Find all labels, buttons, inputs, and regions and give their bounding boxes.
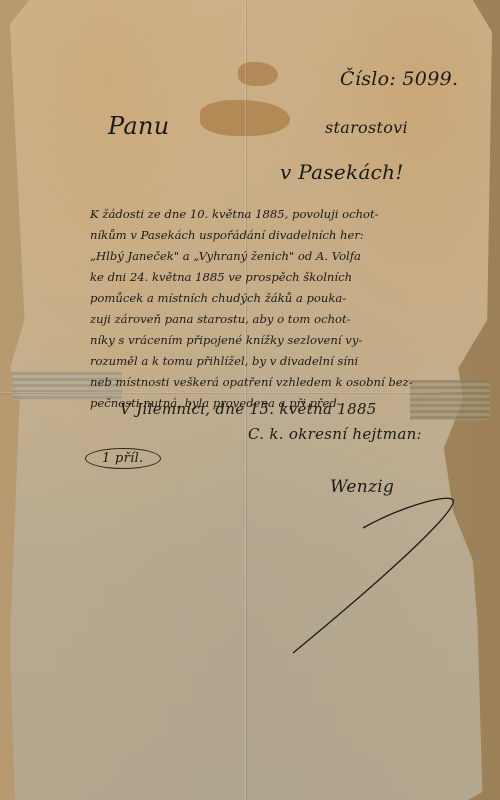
body-line: ke dni 24. května 1885 ve prospěch školn… bbox=[90, 267, 495, 288]
place-and-date: V Jilemnici, dne 15. května 1885 bbox=[120, 400, 377, 418]
body-line: zuji zároveň pana starostu, aby o tom oc… bbox=[90, 309, 495, 330]
letter-body: K žádosti ze dne 10. května 1885, povolu… bbox=[90, 204, 495, 414]
body-line: níkům v Pasekách uspořádání divadelních … bbox=[90, 225, 495, 246]
signature-flourish-icon bbox=[288, 488, 488, 658]
issuer-title: C. k. okresní hejtman: bbox=[248, 425, 422, 443]
body-line: níky s vrácením připojené knížky sezlove… bbox=[90, 330, 495, 351]
salutation-line-3: v Pasekách! bbox=[280, 160, 404, 184]
body-line: neb místnosti veškerá opatření vzhledem … bbox=[90, 372, 495, 393]
body-line: „Hlbý Janeček" a „Vyhraný ženich" od A. … bbox=[90, 246, 495, 267]
salutation-line-2: starostovi bbox=[325, 118, 408, 137]
body-line: rozuměl a k tomu přihlížel, by v divadel… bbox=[90, 351, 495, 372]
reference-number: Číslo: 5099. bbox=[340, 68, 458, 90]
body-line: K žádosti ze dne 10. května 1885, povolu… bbox=[90, 204, 495, 225]
body-line: pomůcek a místních chudých žáků a pouka- bbox=[90, 288, 495, 309]
enclosure-note: 1 příl. bbox=[85, 448, 161, 469]
paper-tear bbox=[238, 62, 278, 86]
salutation-line-1: Panu bbox=[108, 112, 170, 140]
